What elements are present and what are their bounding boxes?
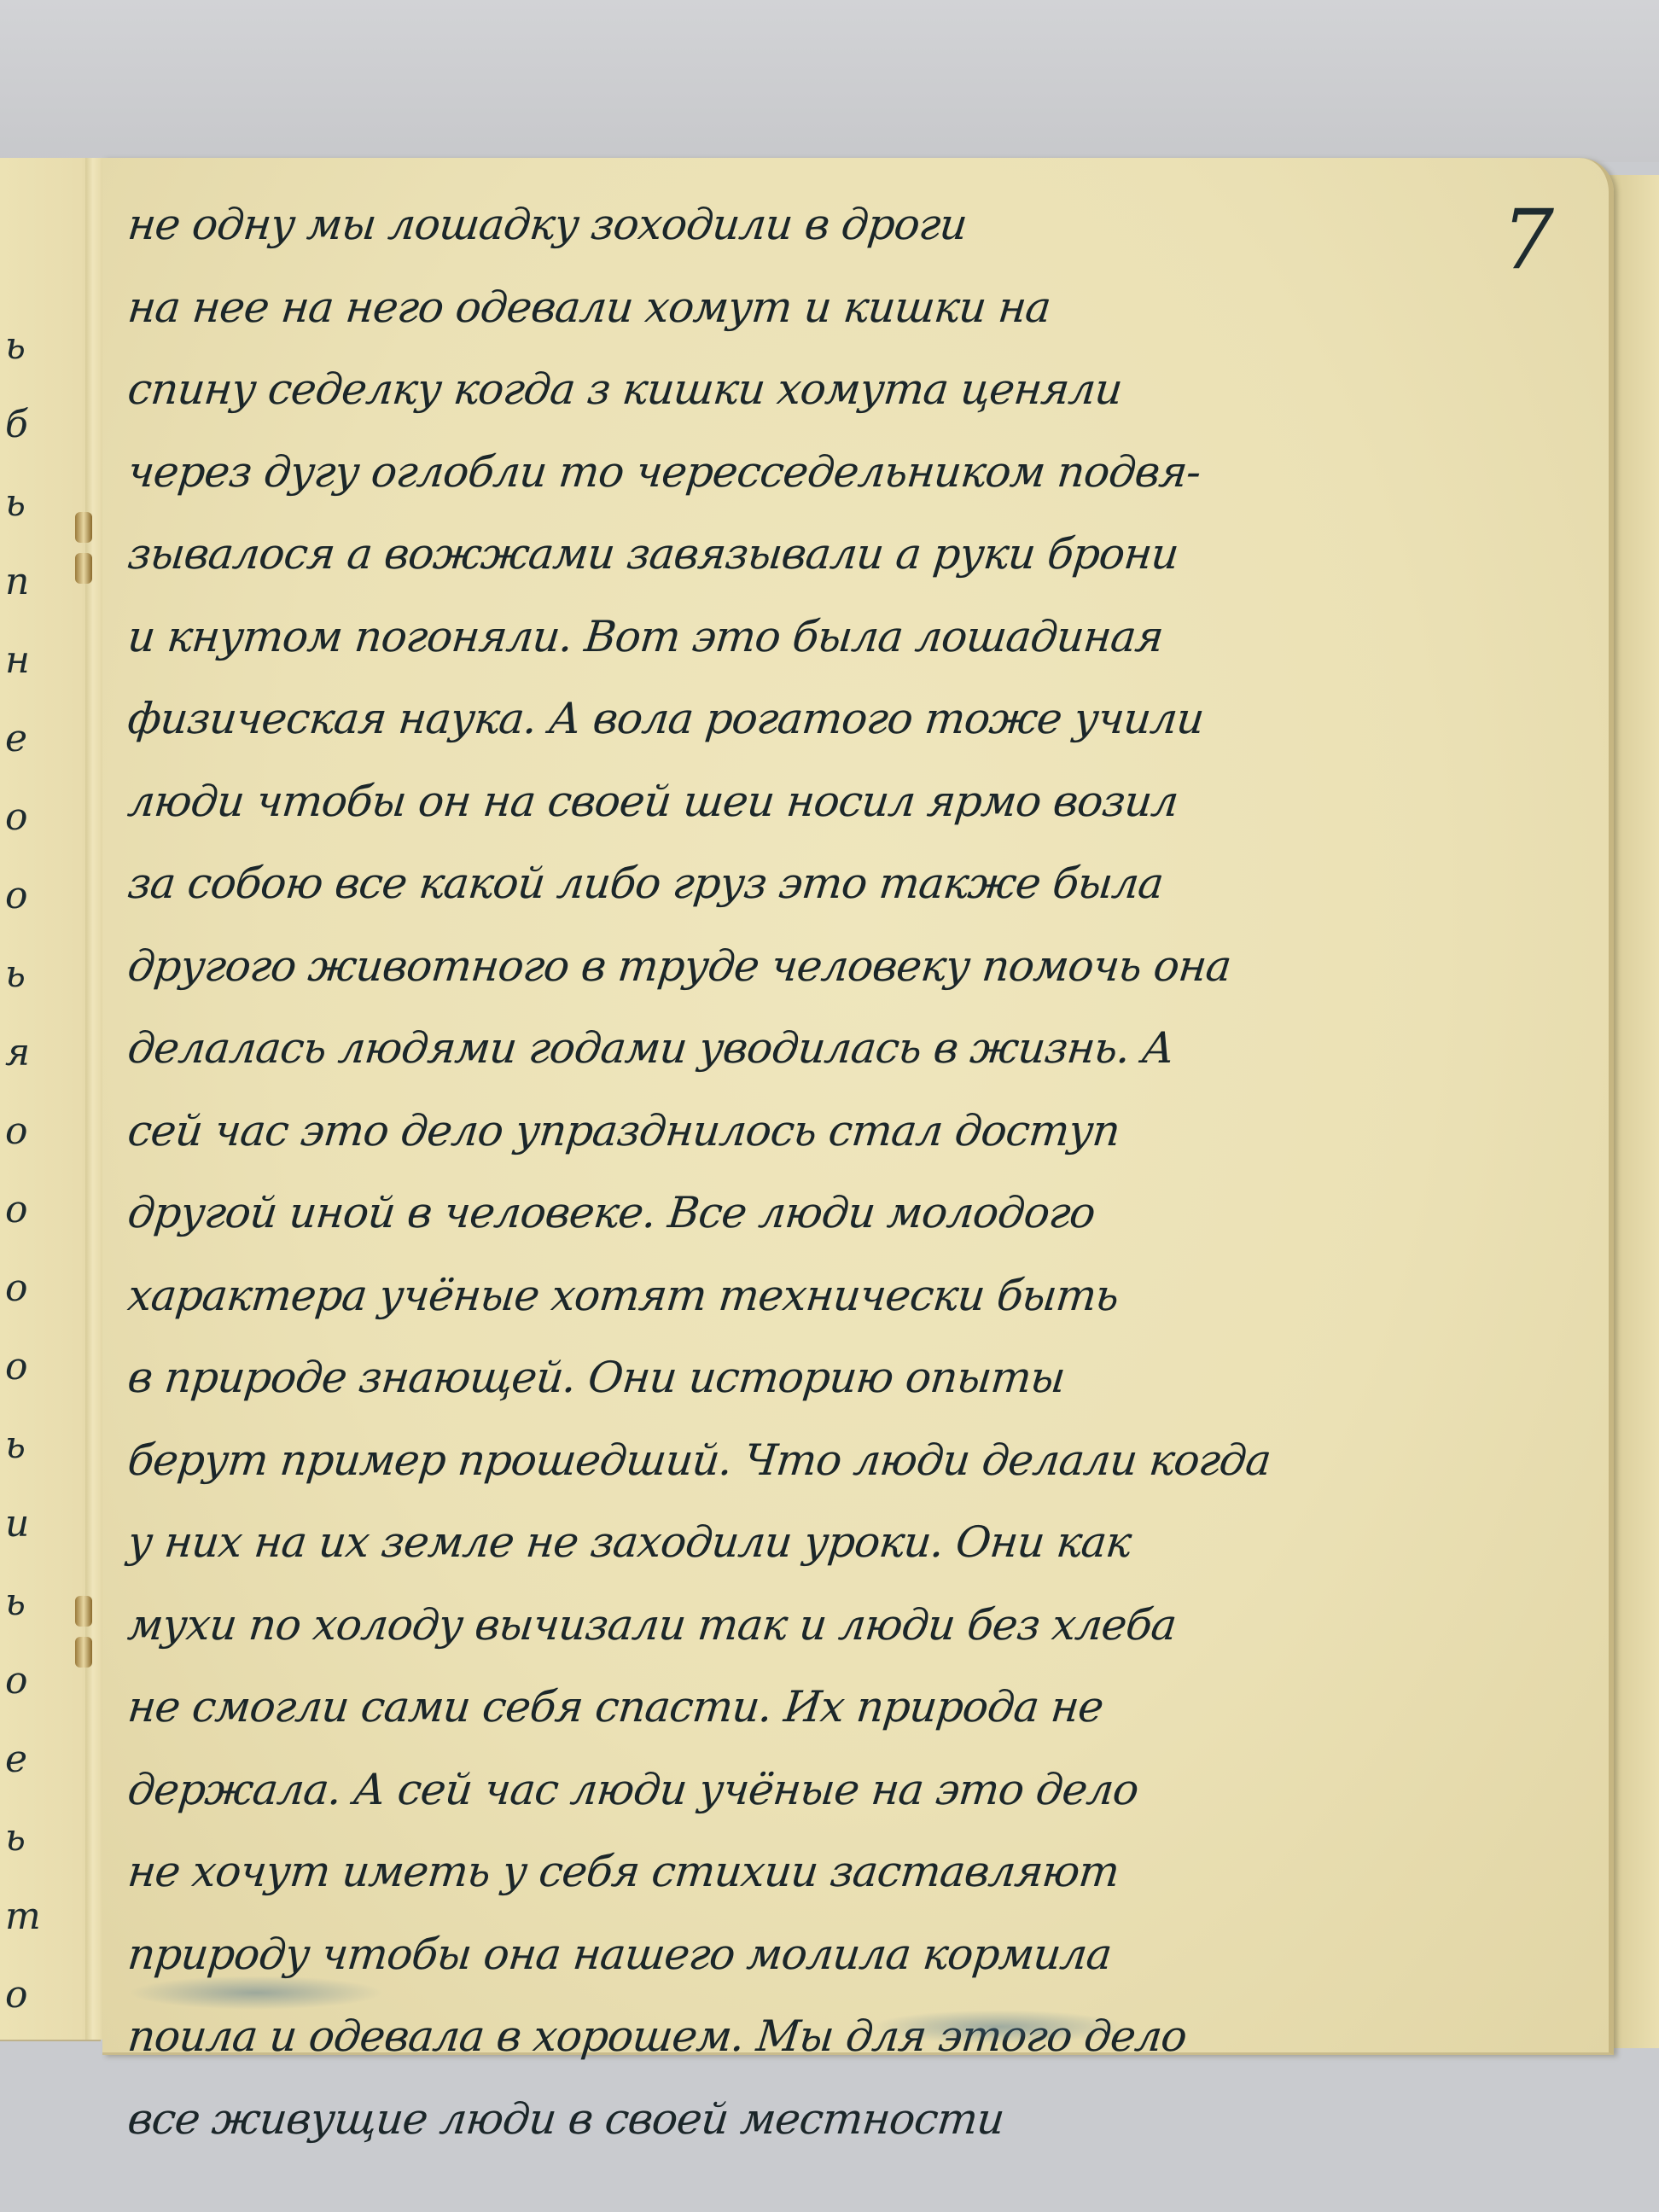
notebook-page: 7 не одну мы лошадку зоходили в дрогина …	[102, 158, 1614, 2055]
left-page-fragment: ь	[5, 324, 24, 368]
text-line: люди чтобы он на своей шеи носил ярмо во…	[124, 760, 1515, 843]
text-line: за собою все какой либо груз это также б…	[124, 842, 1515, 925]
staple-bottom	[75, 1596, 92, 1627]
left-page-fragment: о	[5, 1188, 26, 1231]
left-page-fragment: и	[5, 1502, 27, 1545]
text-line: держала. А сей час люди учёные на это де…	[124, 1749, 1515, 1831]
left-page-fragment: ь	[5, 1580, 24, 1624]
text-line: делалась людями годами уводилась в жизнь…	[124, 1007, 1515, 1090]
text-line: все живущие люди в своей местности	[124, 2078, 1515, 2161]
left-page-fragment: о	[5, 1973, 26, 2017]
text-line: на нее на него одевали хомут и кишки на	[124, 266, 1515, 349]
left-page-fragment: ь	[5, 1816, 24, 1860]
staple-top-lower	[75, 553, 92, 584]
text-line: характера учёные хотят технически быть	[124, 1254, 1515, 1337]
text-line: физическая наука. А вола рогатого тоже у…	[124, 678, 1515, 760]
left-page-fragment: п	[5, 560, 27, 603]
staple-bottom-lower	[75, 1637, 92, 1668]
left-page-fragment: о	[5, 1659, 26, 1703]
text-line: сей час это дело упразднилось стал досту…	[124, 1090, 1515, 1173]
text-line: мухи по холоду вычизали так и люди без х…	[124, 1584, 1515, 1667]
text-line: другой иной в человеке. Все люди молодог…	[124, 1172, 1515, 1254]
left-page-fragment: н	[5, 638, 28, 682]
left-page-fragment: т	[5, 1895, 39, 1938]
left-page-fragment: я	[5, 1031, 28, 1074]
left-page-fragment: о	[5, 874, 26, 917]
left-page-fragment: ь	[5, 481, 24, 525]
ink-smudge	[870, 2010, 1126, 2044]
left-page-fragment: е	[5, 717, 26, 760]
left-page-fragment: ь	[5, 1423, 24, 1467]
text-line: поила и одевала в хорошем. Мы для этого …	[124, 1995, 1515, 2078]
left-page-fragment: о	[5, 1345, 26, 1388]
notebook-spine	[85, 158, 104, 2040]
text-line: и кнутом погоняли. Вот это была лошадина…	[124, 596, 1515, 678]
text-line: через дугу оглобли то чересседельником п…	[124, 431, 1515, 514]
text-line: не одну мы лошадку зоходили в дроги	[124, 183, 1515, 266]
text-line: другого животного в труде человеку помоч…	[124, 925, 1515, 1008]
left-page-fragment: о	[5, 1266, 26, 1310]
handwritten-text: не одну мы лошадку зоходили в дрогина не…	[128, 183, 1511, 2160]
text-line: у них на их земле не заходили уроки. Они…	[124, 1501, 1515, 1584]
text-line: спину седелку когда з кишки хомута ценял…	[124, 348, 1515, 431]
text-line: не смогли сами себя спасти. Их природа н…	[124, 1666, 1515, 1749]
left-page-fragment: о	[5, 1109, 26, 1153]
staple-top	[75, 512, 92, 543]
left-page-fragment: е	[5, 1738, 26, 1781]
background-surface	[0, 0, 1659, 162]
text-line: берут пример прошедший. Что люди делали …	[124, 1419, 1515, 1502]
left-page-fragment: ь	[5, 952, 24, 996]
left-page-fragment: б	[5, 403, 26, 446]
text-line: зывалося а вожжами завязывали а руки бро…	[124, 513, 1515, 596]
text-line: не хочут иметь у себя стихии заставляют	[124, 1831, 1515, 1913]
left-page-fragment: о	[5, 795, 26, 839]
ink-smudge	[128, 1976, 384, 2010]
text-line: в природе знающей. Они историю опыты	[124, 1336, 1515, 1419]
